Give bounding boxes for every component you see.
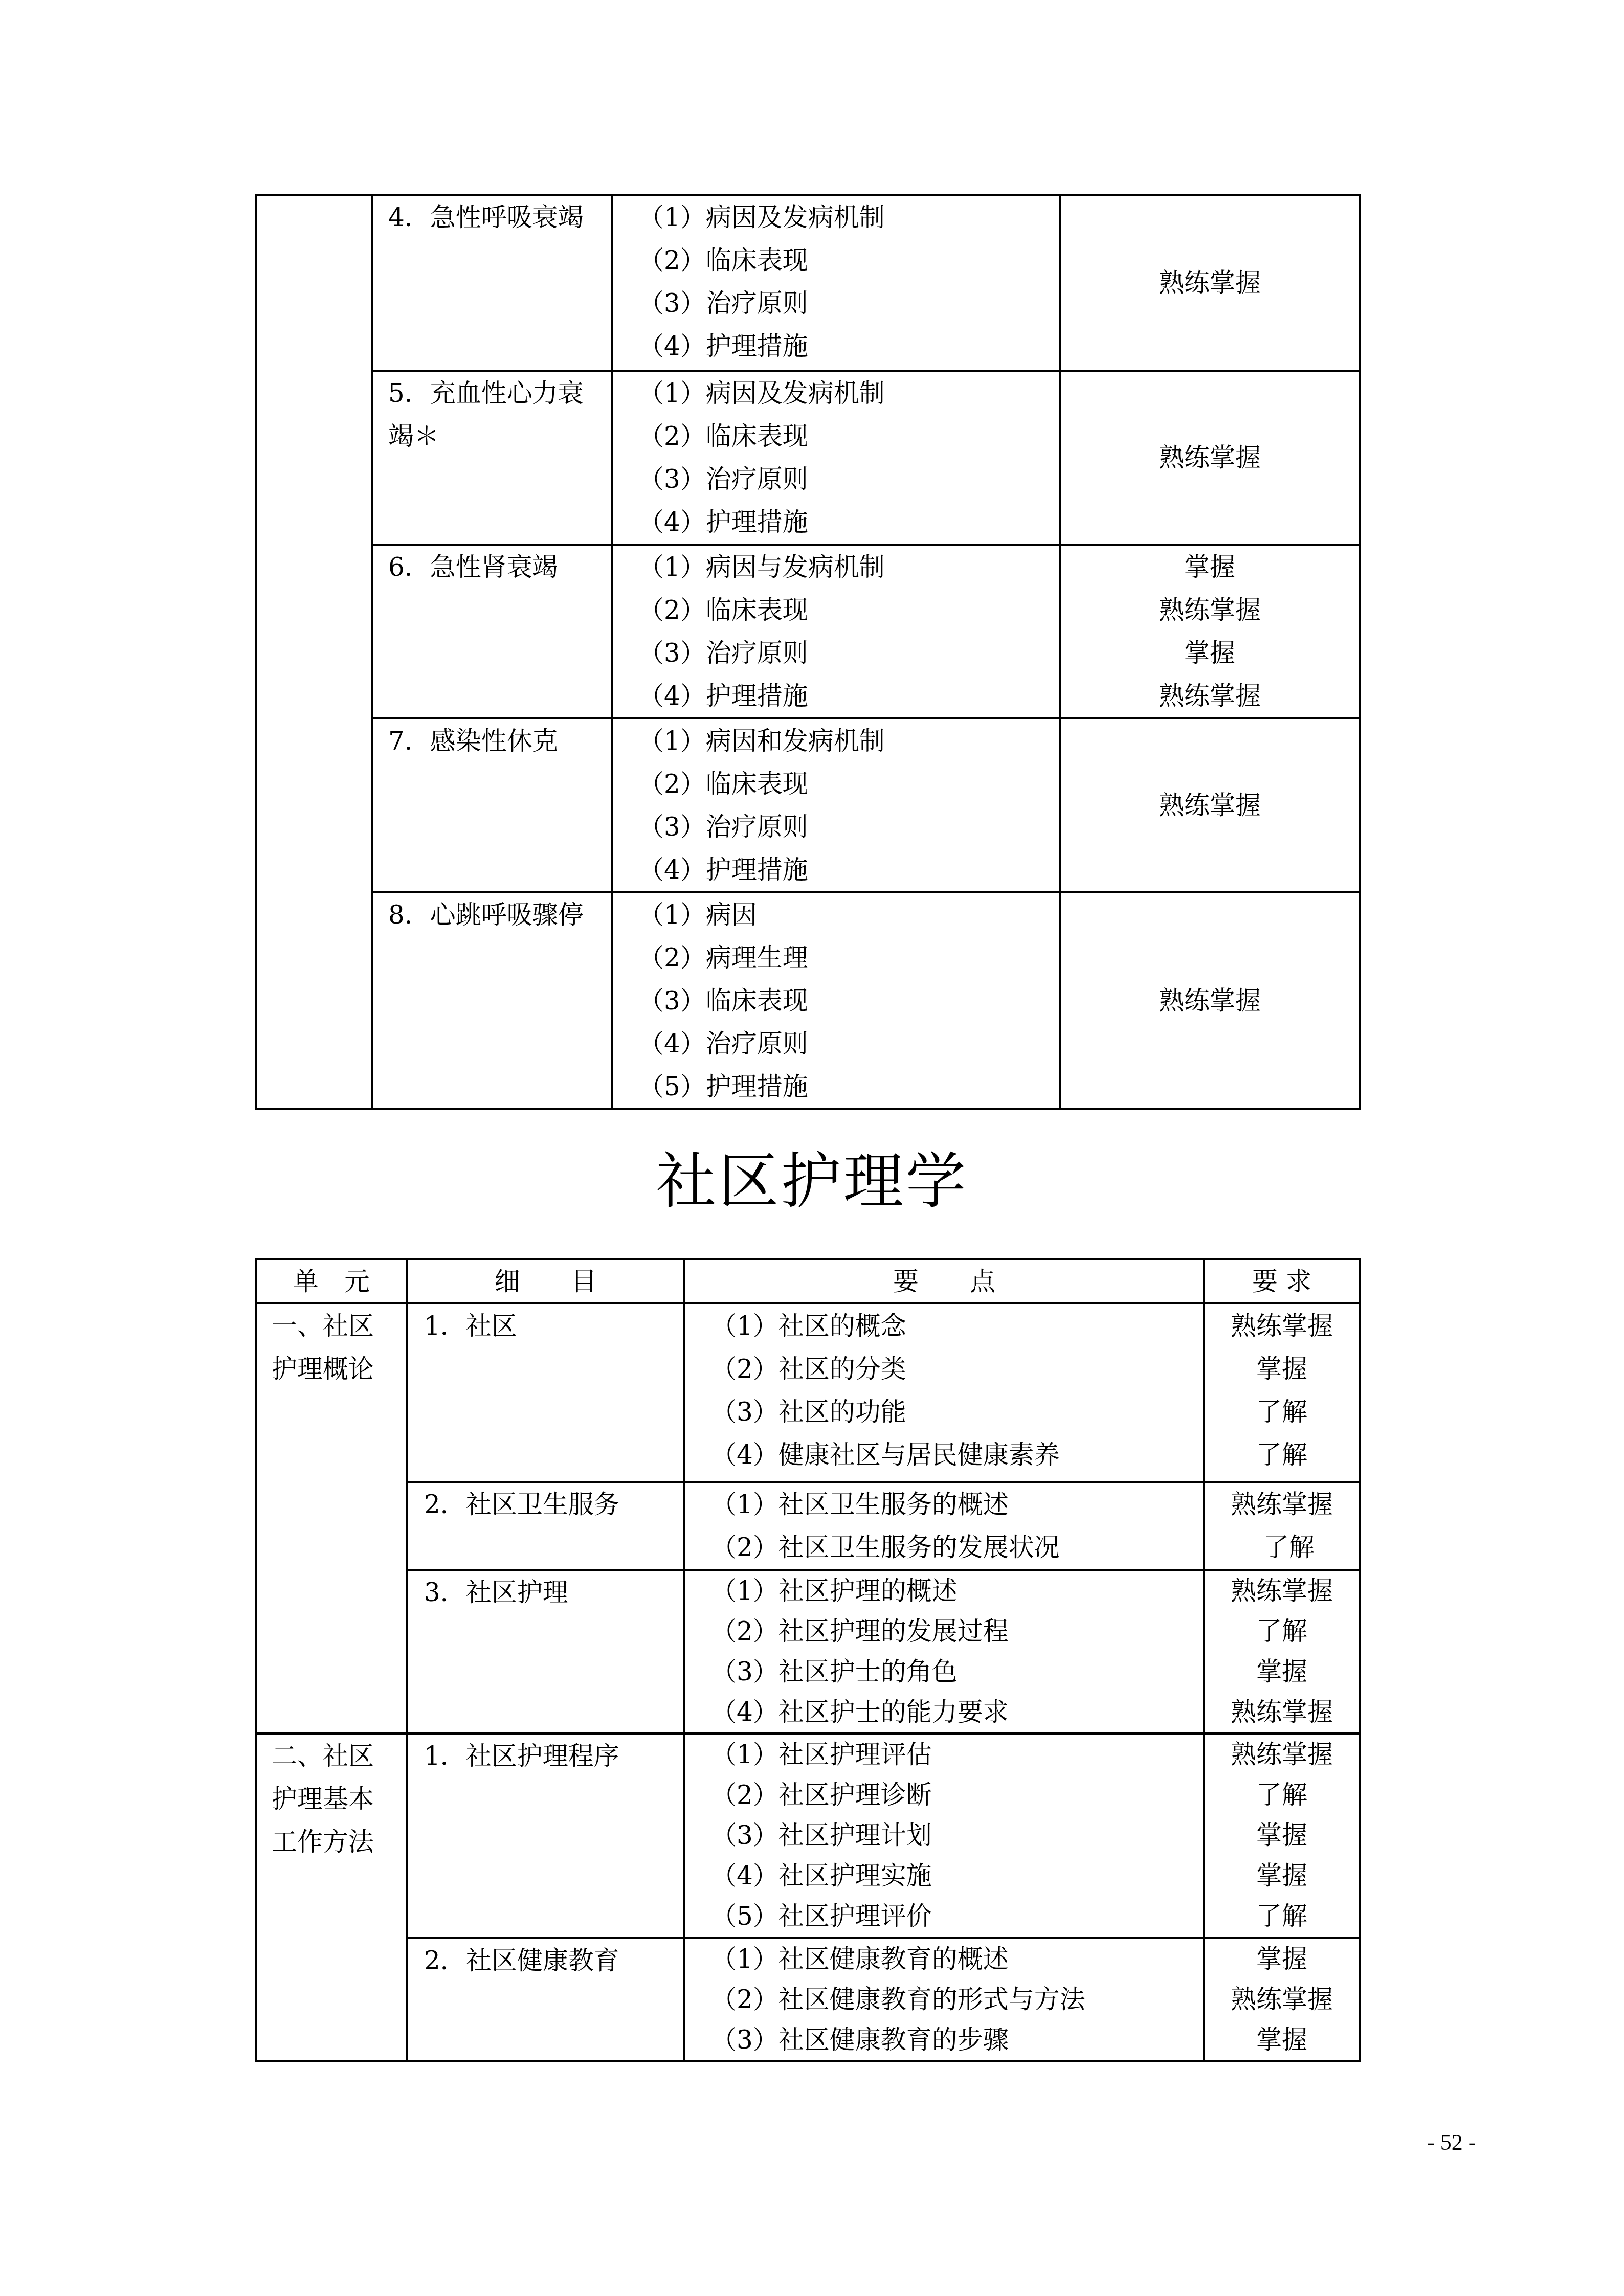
requirement-label: 掌握 <box>1061 546 1359 589</box>
unit-cell-empty <box>256 195 372 1109</box>
requirement-label: 熟练掌握 <box>1205 1571 1359 1611</box>
requirement-label: 了解 <box>1205 1611 1359 1652</box>
point-item: （1）病因 <box>638 893 1049 936</box>
requirement-label: 熟练掌握 <box>1205 1979 1359 2020</box>
point-item: （1）病因与发病机制 <box>638 546 1049 589</box>
topic-cell: 6．急性肾衰竭 <box>372 545 612 718</box>
table-row: 8．心跳呼吸骤停 （1）病因 （2）病理生理 （3）临床表现 （4）治疗原则 （… <box>256 892 1360 1109</box>
point-item: （3）社区护士的角色 <box>711 1652 1198 1692</box>
points-cell: （1）病因及发病机制 （2）临床表现 （3）治疗原则 （4）护理措施 <box>612 195 1060 371</box>
topic-cell: 2．社区卫生服务 <box>407 1482 684 1570</box>
topic-label: 8．心跳呼吸骤停 <box>388 900 584 930</box>
table-row: 一、社区护理概论 1．社区 （1）社区的概念 （2）社区的分类 （3）社区的功能… <box>256 1303 1360 1482</box>
table-row: 3．社区护理 （1）社区护理的概述 （2）社区护理的发展过程 （3）社区护士的角… <box>256 1570 1360 1734</box>
requirement-label: 熟练掌握 <box>1159 268 1261 298</box>
points-cell: （1）社区卫生服务的概述 （2）社区卫生服务的发展状况 <box>684 1482 1204 1570</box>
requirement-label: 熟练掌握 <box>1061 589 1359 632</box>
document-page: 4．急性呼吸衰竭 （1）病因及发病机制 （2）临床表现 （3）治疗原则 （4）护… <box>0 0 1624 2296</box>
point-item: （4）健康社区与居民健康素养 <box>711 1433 1198 1476</box>
topic-label: 3．社区护理 <box>424 1578 568 1607</box>
requirement-label: 掌握 <box>1205 1347 1359 1390</box>
topic-label: 1．社区 <box>424 1311 517 1341</box>
point-item: （3）社区护理计划 <box>711 1815 1198 1856</box>
point-item: （1）病因和发病机制 <box>638 719 1049 762</box>
topic-cell: 8．心跳呼吸骤停 <box>372 892 612 1109</box>
topic-label: 6．急性肾衰竭 <box>388 552 558 582</box>
topic-label: 2．社区卫生服务 <box>424 1490 619 1519</box>
unit-cell: 二、社区护理基本工作方法 <box>256 1734 407 2061</box>
requirement-label: 熟练掌握 <box>1205 1692 1359 1732</box>
requirement-label: 熟练掌握 <box>1205 1304 1359 1347</box>
points-cell: （1）社区的概念 （2）社区的分类 （3）社区的功能 （4）健康社区与居民健康素… <box>684 1303 1204 1482</box>
table-row: 4．急性呼吸衰竭 （1）病因及发病机制 （2）临床表现 （3）治疗原则 （4）护… <box>256 195 1360 371</box>
point-item: （1）社区护理评估 <box>711 1735 1198 1775</box>
point-item: （1）病因及发病机制 <box>638 372 1049 415</box>
point-item: （2）社区的分类 <box>711 1347 1198 1390</box>
point-item: （3）临床表现 <box>638 979 1049 1022</box>
topic-label: 7．感染性休克 <box>388 726 558 756</box>
point-item: （2）临床表现 <box>638 415 1049 458</box>
requirement-cell: 熟练掌握 了解 掌握 掌握 了解 <box>1204 1734 1360 1938</box>
table-row: 7．感染性休克 （1）病因和发病机制 （2）临床表现 （3）治疗原则 （4）护理… <box>256 718 1360 892</box>
point-item: （2）社区健康教育的形式与方法 <box>711 1979 1198 2020</box>
requirement-label: 了解 <box>1205 1390 1359 1433</box>
requirement-cell: 掌握 熟练掌握 掌握 熟练掌握 <box>1060 545 1360 718</box>
topic-cell: 2．社区健康教育 <box>407 1938 684 2061</box>
requirement-cell: 熟练掌握 了解 掌握 熟练掌握 <box>1204 1570 1360 1734</box>
points-cell: （1）社区健康教育的概述 （2）社区健康教育的形式与方法 （3）社区健康教育的步… <box>684 1938 1204 2061</box>
requirement-label: 熟练掌握 <box>1205 1735 1359 1775</box>
topic-cell: 1．社区 <box>407 1303 684 1482</box>
requirement-cell: 熟练掌握 掌握 了解 了解 <box>1204 1303 1360 1482</box>
topic-label: 4．急性呼吸衰竭 <box>388 202 584 232</box>
topic-cell: 5．充血性心力衰竭＊ <box>372 371 612 545</box>
table-header-row: 单 元 细 目 要 点 要 求 <box>256 1259 1360 1303</box>
point-item: （4）社区护士的能力要求 <box>711 1692 1198 1732</box>
requirement-cell: 熟练掌握 <box>1060 718 1360 892</box>
page-number: - 52 - <box>1427 2127 1476 2158</box>
point-item: （2）社区护理诊断 <box>711 1775 1198 1815</box>
requirement-label: 了解 <box>1205 1526 1359 1569</box>
table-row: 2．社区健康教育 （1）社区健康教育的概述 （2）社区健康教育的形式与方法 （3… <box>256 1938 1360 2061</box>
topic-cell: 1．社区护理程序 <box>407 1734 684 1938</box>
topic-label: 2．社区健康教育 <box>424 1946 619 1975</box>
point-item: （3）治疗原则 <box>638 458 1049 501</box>
requirement-label: 掌握 <box>1205 1856 1359 1896</box>
point-item: （2）病理生理 <box>638 936 1049 979</box>
requirement-label: 掌握 <box>1205 1815 1359 1856</box>
requirement-cell: 熟练掌握 <box>1060 892 1360 1109</box>
unit-cell: 一、社区护理概论 <box>256 1303 407 1734</box>
continuation-outline-table: 4．急性呼吸衰竭 （1）病因及发病机制 （2）临床表现 （3）治疗原则 （4）护… <box>255 194 1361 1110</box>
point-item: （1）病因及发病机制 <box>638 196 1049 239</box>
point-item: （1）社区健康教育的概述 <box>711 1939 1198 1979</box>
requirement-cell: 掌握 熟练掌握 掌握 <box>1204 1938 1360 2061</box>
points-cell: （1）社区护理的概述 （2）社区护理的发展过程 （3）社区护士的角色 （4）社区… <box>684 1570 1204 1734</box>
requirement-label: 掌握 <box>1061 632 1359 674</box>
points-cell: （1）病因 （2）病理生理 （3）临床表现 （4）治疗原则 （5）护理措施 <box>612 892 1060 1109</box>
requirement-cell: 熟练掌握 <box>1060 195 1360 371</box>
requirement-label: 了解 <box>1205 1775 1359 1815</box>
requirement-label: 熟练掌握 <box>1205 1483 1359 1526</box>
table-row: 5．充血性心力衰竭＊ （1）病因及发病机制 （2）临床表现 （3）治疗原则 （4… <box>256 371 1360 545</box>
syllabus-table: 单 元 细 目 要 点 要 求 一、社区护理概论 1．社区 （1）社区的概念 （… <box>255 1258 1361 2062</box>
points-cell: （1）社区护理评估 （2）社区护理诊断 （3）社区护理计划 （4）社区护理实施 … <box>684 1734 1204 1938</box>
requirement-label: 掌握 <box>1205 1939 1359 1979</box>
unit-label: 二、社区护理基本工作方法 <box>272 1735 394 1863</box>
point-item: （3）治疗原则 <box>638 805 1049 848</box>
requirement-label: 熟练掌握 <box>1159 791 1261 820</box>
requirement-label: 熟练掌握 <box>1159 986 1261 1016</box>
topic-cell: 7．感染性休克 <box>372 718 612 892</box>
points-cell: （1）病因及发病机制 （2）临床表现 （3）治疗原则 （4）护理措施 <box>612 371 1060 545</box>
point-item: （4）护理措施 <box>638 501 1049 544</box>
point-item: （4）护理措施 <box>638 848 1049 891</box>
requirement-label: 掌握 <box>1205 1652 1359 1692</box>
point-item: （5）社区护理评价 <box>711 1896 1198 1937</box>
points-cell: （1）病因与发病机制 （2）临床表现 （3）治疗原则 （4）护理措施 <box>612 545 1060 718</box>
point-item: （4）治疗原则 <box>638 1022 1049 1065</box>
topic-cell: 3．社区护理 <box>407 1570 684 1734</box>
requirement-label: 了解 <box>1205 1896 1359 1937</box>
topic-cell: 4．急性呼吸衰竭 <box>372 195 612 371</box>
point-item: （3）社区健康教育的步骤 <box>711 2020 1198 2060</box>
topic-label: 5．充血性心力衰竭＊ <box>388 378 584 451</box>
table-row: 二、社区护理基本工作方法 1．社区护理程序 （1）社区护理评估 （2）社区护理诊… <box>256 1734 1360 1938</box>
header-unit: 单 元 <box>256 1259 407 1303</box>
point-item: （2）临床表现 <box>638 589 1049 632</box>
unit-label: 一、社区护理概论 <box>272 1304 394 1390</box>
point-item: （5）护理措施 <box>638 1065 1049 1108</box>
point-item: （3）治疗原则 <box>638 282 1049 325</box>
requirement-cell: 熟练掌握 了解 <box>1204 1482 1360 1570</box>
point-item: （3）治疗原则 <box>638 632 1049 674</box>
point-item: （2）临床表现 <box>638 762 1049 805</box>
point-item: （1）社区护理的概述 <box>711 1571 1198 1611</box>
point-item: （4）社区护理实施 <box>711 1856 1198 1896</box>
point-item: （2）临床表现 <box>638 239 1049 282</box>
header-points: 要 点 <box>684 1259 1204 1303</box>
point-item: （2）社区护理的发展过程 <box>711 1611 1198 1652</box>
requirement-label: 了解 <box>1205 1433 1359 1476</box>
point-item: （4）护理措施 <box>638 325 1049 368</box>
point-item: （1）社区的概念 <box>711 1304 1198 1347</box>
point-item: （4）护理措施 <box>638 674 1049 717</box>
point-item: （1）社区卫生服务的概述 <box>711 1483 1198 1526</box>
requirement-label: 熟练掌握 <box>1061 674 1359 717</box>
requirement-cell: 熟练掌握 <box>1060 371 1360 545</box>
section-title: 社区护理学 <box>0 1145 1624 1217</box>
header-topic: 细 目 <box>407 1259 684 1303</box>
requirement-label: 熟练掌握 <box>1159 443 1261 472</box>
table-row: 6．急性肾衰竭 （1）病因与发病机制 （2）临床表现 （3）治疗原则 （4）护理… <box>256 545 1360 718</box>
point-item: （3）社区的功能 <box>711 1390 1198 1433</box>
requirement-label: 掌握 <box>1205 2020 1359 2060</box>
table-row: 2．社区卫生服务 （1）社区卫生服务的概述 （2）社区卫生服务的发展状况 熟练掌… <box>256 1482 1360 1570</box>
points-cell: （1）病因和发病机制 （2）临床表现 （3）治疗原则 （4）护理措施 <box>612 718 1060 892</box>
point-item: （2）社区卫生服务的发展状况 <box>711 1526 1198 1569</box>
topic-label: 1．社区护理程序 <box>424 1741 619 1771</box>
header-requirement: 要 求 <box>1204 1259 1360 1303</box>
